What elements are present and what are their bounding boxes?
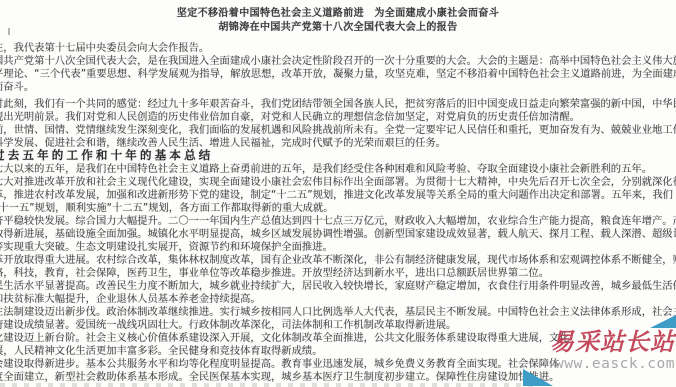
page-root: html,body{margin:0;padding:0;} .page{ po… (0, 0, 676, 387)
watermark-triangle-bottom-icon (523, 367, 553, 386)
document-page: { "document": { "title": "坚定不移沿着中国特色社会主义… (0, 0, 676, 387)
document-subtitle: 胡锦涛在中国共产党第十八次全国代表大会上的报告 (0, 18, 676, 33)
watermark-url: www.easck.com (555, 356, 675, 372)
document-viewport: 坚定不移沿着中国特色社会主义道路前进 为全面建成小康社会而奋斗 胡锦涛在中国共产… (0, 0, 676, 387)
clipped-next-line-artifact (0, 383, 540, 387)
watermark: 易采站长站 www.easck.com (531, 315, 676, 387)
document-title: 坚定不移沿着中国特色社会主义道路前进 为全面建成小康社会而奋斗 (0, 4, 676, 19)
noise-artifact (8, 28, 10, 35)
text-line: 而奋斗。 (0, 78, 676, 93)
watermark-brand: 易采站长站 (550, 322, 675, 357)
